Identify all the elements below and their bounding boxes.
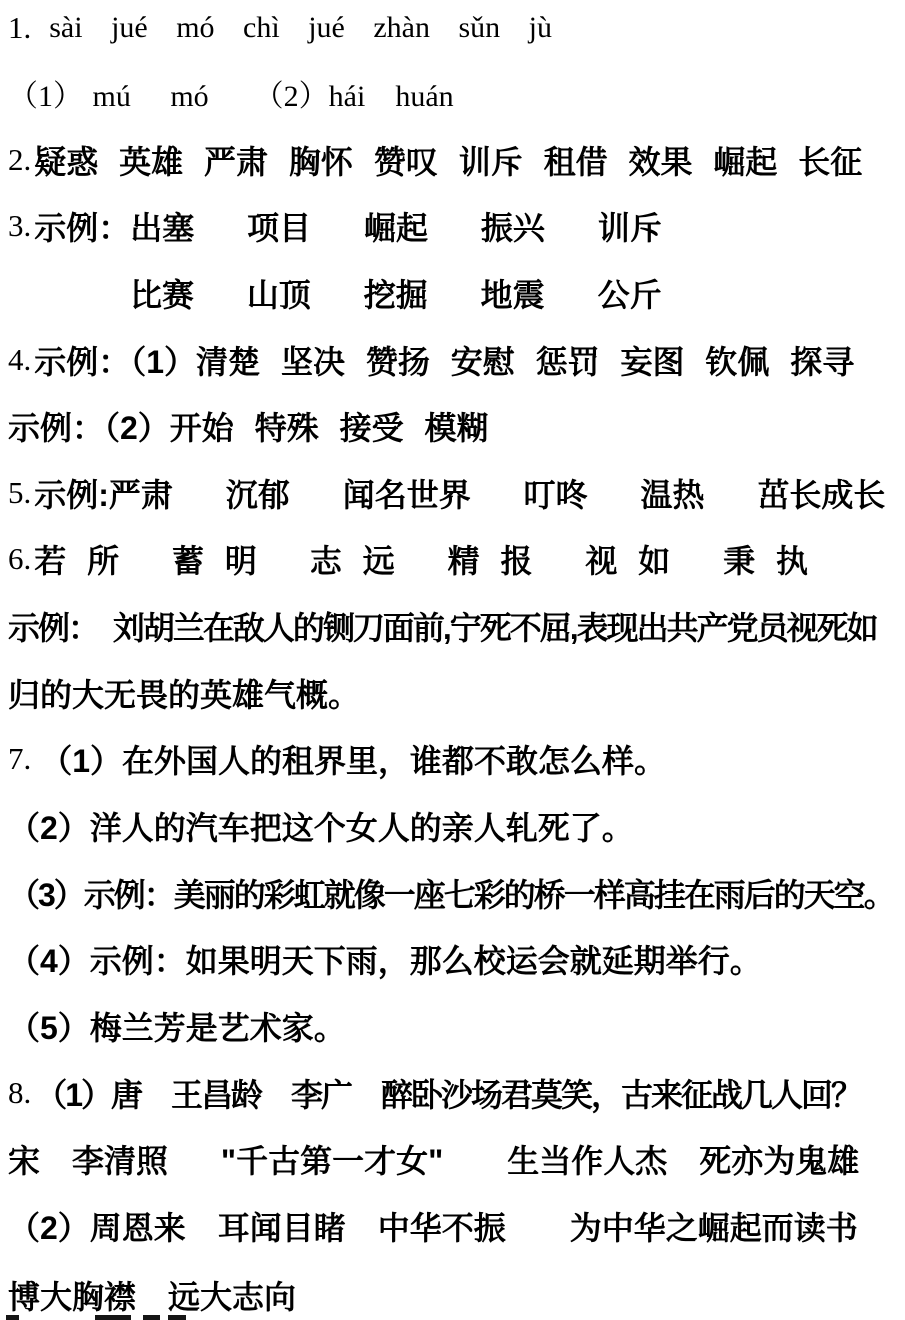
answer-7-2: （2）洋人的汽车把这个女人的亲人轧死了。 (8, 803, 905, 849)
item-number: 3. (8, 208, 31, 244)
line-text: 比赛 山顶 挖掘 地震 公斤 (130, 270, 662, 316)
answer-1-sub-pinyin: （1） mú mó （2）hái huán (8, 70, 905, 116)
line-text: （2）洋人的汽车把这个女人的亲人轧死了。 (8, 803, 634, 849)
item-number: 7. (8, 741, 31, 777)
line-text: 示例： 刘胡兰在敌人的铡刀面前,宁死不屈,表现出共产党员视死如 (8, 603, 877, 649)
answer-7-3: （3）示例：美丽的彩虹就像一座七彩的桥一样高挂在雨后的天空。 (8, 870, 905, 916)
line-text: 若 所 蓄 明 志 远 精 报 视 如 秉 执 (34, 536, 808, 582)
answer-7-1: 7.（1）在外国人的租界里，谁都不敢怎么样。 (8, 736, 905, 782)
line-text: （1）在外国人的租界里，谁都不敢怎么样。 (40, 736, 666, 782)
line-text: （5）梅兰芳是艺术家。 (8, 1003, 346, 1049)
item-number: 4. (8, 342, 31, 378)
line-text: 示例：出塞 项目 崛起 振兴 训斥 (34, 203, 662, 249)
line-text: 示例：（2）开始 特殊 接受 模糊 (8, 403, 488, 449)
answer-4-example-2: 示例：（2）开始 特殊 接受 模糊 (8, 403, 905, 449)
line-text: 归的大无畏的英雄气概。 (8, 670, 360, 716)
answer-3-example-row1: 3.示例：出塞 项目 崛起 振兴 训斥 (8, 203, 905, 249)
answer-8-1-row1: 8.（1）唐 王昌龄 李广 醉卧沙场君莫笑，古来征战几人回？ (8, 1070, 905, 1116)
line-text: （3）示例：美丽的彩虹就像一座七彩的桥一样高挂在雨后的天空。 (8, 870, 894, 916)
line-text: 示例：（1）清楚 坚决 赞扬 安慰 惩罚 妄图 钦佩 探寻 (34, 337, 854, 383)
line-text: 示例:严肃 沉郁 闻名世界 叮咚 温热 茁长成长 (34, 470, 885, 516)
line-text: （2）周恩来 耳闻目睹 中华不振 为中华之崛起而读书 (8, 1203, 858, 1249)
line-text: （4）示例：如果明天下雨，那么校运会就延期举行。 (8, 936, 762, 982)
item-number: 6. (8, 541, 31, 577)
answer-6-example-sentence-part1: 示例： 刘胡兰在敌人的铡刀面前,宁死不屈,表现出共产党员视死如 (8, 603, 905, 649)
item-number: 2. (8, 142, 31, 178)
answer-1-pinyin: 1.sài jué mó chì jué zhàn sǔn jù (8, 5, 905, 51)
answer-6-fill-blanks: 6.若 所 蓄 明 志 远 精 报 视 如 秉 执 (8, 536, 905, 582)
answer-4-example-1: 4.示例：（1）清楚 坚决 赞扬 安慰 惩罚 妄图 钦佩 探寻 (8, 337, 905, 383)
line-text: 宋 李清照 "千古第一才女" 生当作人杰 死亦为鬼雄 (8, 1136, 859, 1182)
line-text: sài jué mó chì jué zhàn sǔn jù (49, 11, 552, 45)
item-number: 8. (8, 1075, 31, 1111)
answer-8-2-row1: （2）周恩来 耳闻目睹 中华不振 为中华之崛起而读书 (8, 1203, 905, 1249)
document-page: 1.sài jué mó chì jué zhàn sǔn jù （1） mú … (0, 0, 905, 1320)
cutoff-next-line (0, 1315, 905, 1320)
item-number: 1. (8, 10, 31, 46)
answer-6-example-sentence-part2: 归的大无畏的英雄气概。 (8, 670, 905, 716)
line-text: 博大胸襟 远大志向 (8, 1272, 296, 1318)
answer-8-1-row2: 宋 李清照 "千古第一才女" 生当作人杰 死亦为鬼雄 (8, 1136, 905, 1182)
answer-8-2-row2: 博大胸襟 远大志向 (8, 1272, 905, 1318)
line-text: （1） mú mó （2）hái huán (8, 71, 454, 115)
line-text: （1）唐 王昌龄 李广 醉卧沙场君莫笑，古来征战几人回？ (35, 1070, 861, 1116)
answer-2-words: 2.疑惑 英雄 严肃 胸怀 赞叹 训斥 租借 效果 崛起 长征 (8, 137, 905, 183)
answer-3-example-row2: 比赛 山顶 挖掘 地震 公斤 (130, 270, 905, 316)
item-number: 5. (8, 475, 31, 511)
answer-5-example: 5.示例:严肃 沉郁 闻名世界 叮咚 温热 茁长成长 (8, 470, 905, 516)
line-text: 疑惑 英雄 严肃 胸怀 赞叹 训斥 租借 效果 崛起 长征 (34, 137, 862, 183)
answer-7-5: （5）梅兰芳是艺术家。 (8, 1003, 905, 1049)
answer-7-4: （4）示例：如果明天下雨，那么校运会就延期举行。 (8, 936, 905, 982)
